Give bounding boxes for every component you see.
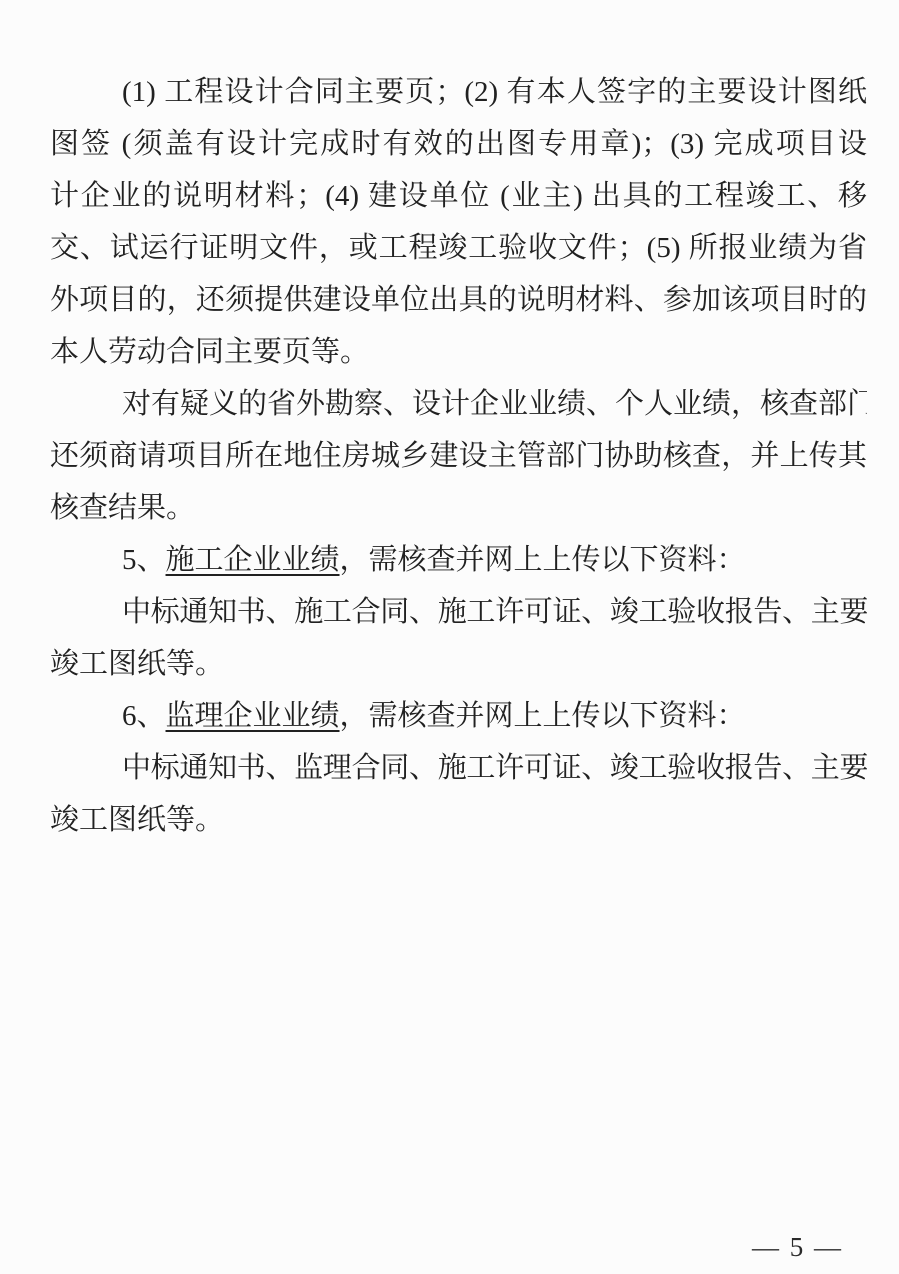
text-line: 本人劳动合同主要页等。 <box>50 326 867 378</box>
underlined-term: 监理企业业绩 <box>166 700 340 732</box>
text-line: 计企业的说明材料；(4) 建设单位 (业主) 出具的工程竣工、移 <box>50 170 867 222</box>
text-line-item-5: 5、施工企业业绩，需核查并网上上传以下资料： <box>50 534 867 586</box>
line-text: 对有疑义的省外勘察、设计企业业绩、个人业绩，核查部门 <box>122 388 867 420</box>
document-body: (1) 工程设计合同主要页；(2) 有本人签字的主要设计图纸 图签 (须盖有设计… <box>50 66 867 846</box>
text-line: 对有疑义的省外勘察、设计企业业绩、个人业绩，核查部门 <box>50 378 867 430</box>
text-line: 竣工图纸等。 <box>50 638 867 690</box>
line-text: ，需核查并网上上传以下资料： <box>340 544 746 576</box>
line-text: 外项目的，还须提供建设单位出具的说明材料、参加该项目时的 <box>50 284 867 316</box>
line-text: 中标通知书、施工合同、施工许可证、竣工验收报告、主要 <box>122 596 867 628</box>
text-line: 图签 (须盖有设计完成时有效的出图专用章)；(3) 完成项目设 <box>50 118 867 170</box>
text-line: 中标通知书、施工合同、施工许可证、竣工验收报告、主要 <box>50 586 867 638</box>
line-text: 还须商请项目所在地住房城乡建设主管部门协助核查，并上传其 <box>50 440 867 472</box>
document-page: (1) 工程设计合同主要页；(2) 有本人签字的主要设计图纸 图签 (须盖有设计… <box>0 0 899 1274</box>
text-line: (1) 工程设计合同主要页；(2) 有本人签字的主要设计图纸 <box>50 66 867 118</box>
text-line: 还须商请项目所在地住房城乡建设主管部门协助核查，并上传其 <box>50 430 867 482</box>
underlined-term: 施工企业业绩 <box>166 544 340 576</box>
line-text: 竣工图纸等。 <box>50 804 224 836</box>
text-line: 竣工图纸等。 <box>50 794 867 846</box>
text-line: 核查结果。 <box>50 482 867 534</box>
line-text: 本人劳动合同主要页等。 <box>50 336 369 368</box>
text-line: 中标通知书、监理合同、施工许可证、竣工验收报告、主要 <box>50 742 867 794</box>
line-text: 图签 (须盖有设计完成时有效的出图专用章)；(3) 完成项目设 <box>50 128 867 160</box>
item-number: 6、 <box>122 700 166 732</box>
line-text: 核查结果。 <box>50 492 195 524</box>
page-number: — 5 — <box>752 1232 843 1262</box>
text-line: 交、试运行证明文件，或工程竣工验收文件；(5) 所报业绩为省 <box>50 222 867 274</box>
text-line: 外项目的，还须提供建设单位出具的说明材料、参加该项目时的 <box>50 274 867 326</box>
text-line-item-6: 6、监理企业业绩，需核查并网上上传以下资料： <box>50 690 867 742</box>
line-text: 竣工图纸等。 <box>50 648 224 680</box>
line-text: ，需核查并网上上传以下资料： <box>340 700 746 732</box>
line-text: 中标通知书、监理合同、施工许可证、竣工验收报告、主要 <box>122 752 867 784</box>
line-text: 交、试运行证明文件，或工程竣工验收文件；(5) 所报业绩为省 <box>50 232 867 264</box>
item-number: 5、 <box>122 544 166 576</box>
line-text: 计企业的说明材料；(4) 建设单位 (业主) 出具的工程竣工、移 <box>50 180 867 212</box>
line-text: (1) 工程设计合同主要页；(2) 有本人签字的主要设计图纸 <box>122 76 867 108</box>
